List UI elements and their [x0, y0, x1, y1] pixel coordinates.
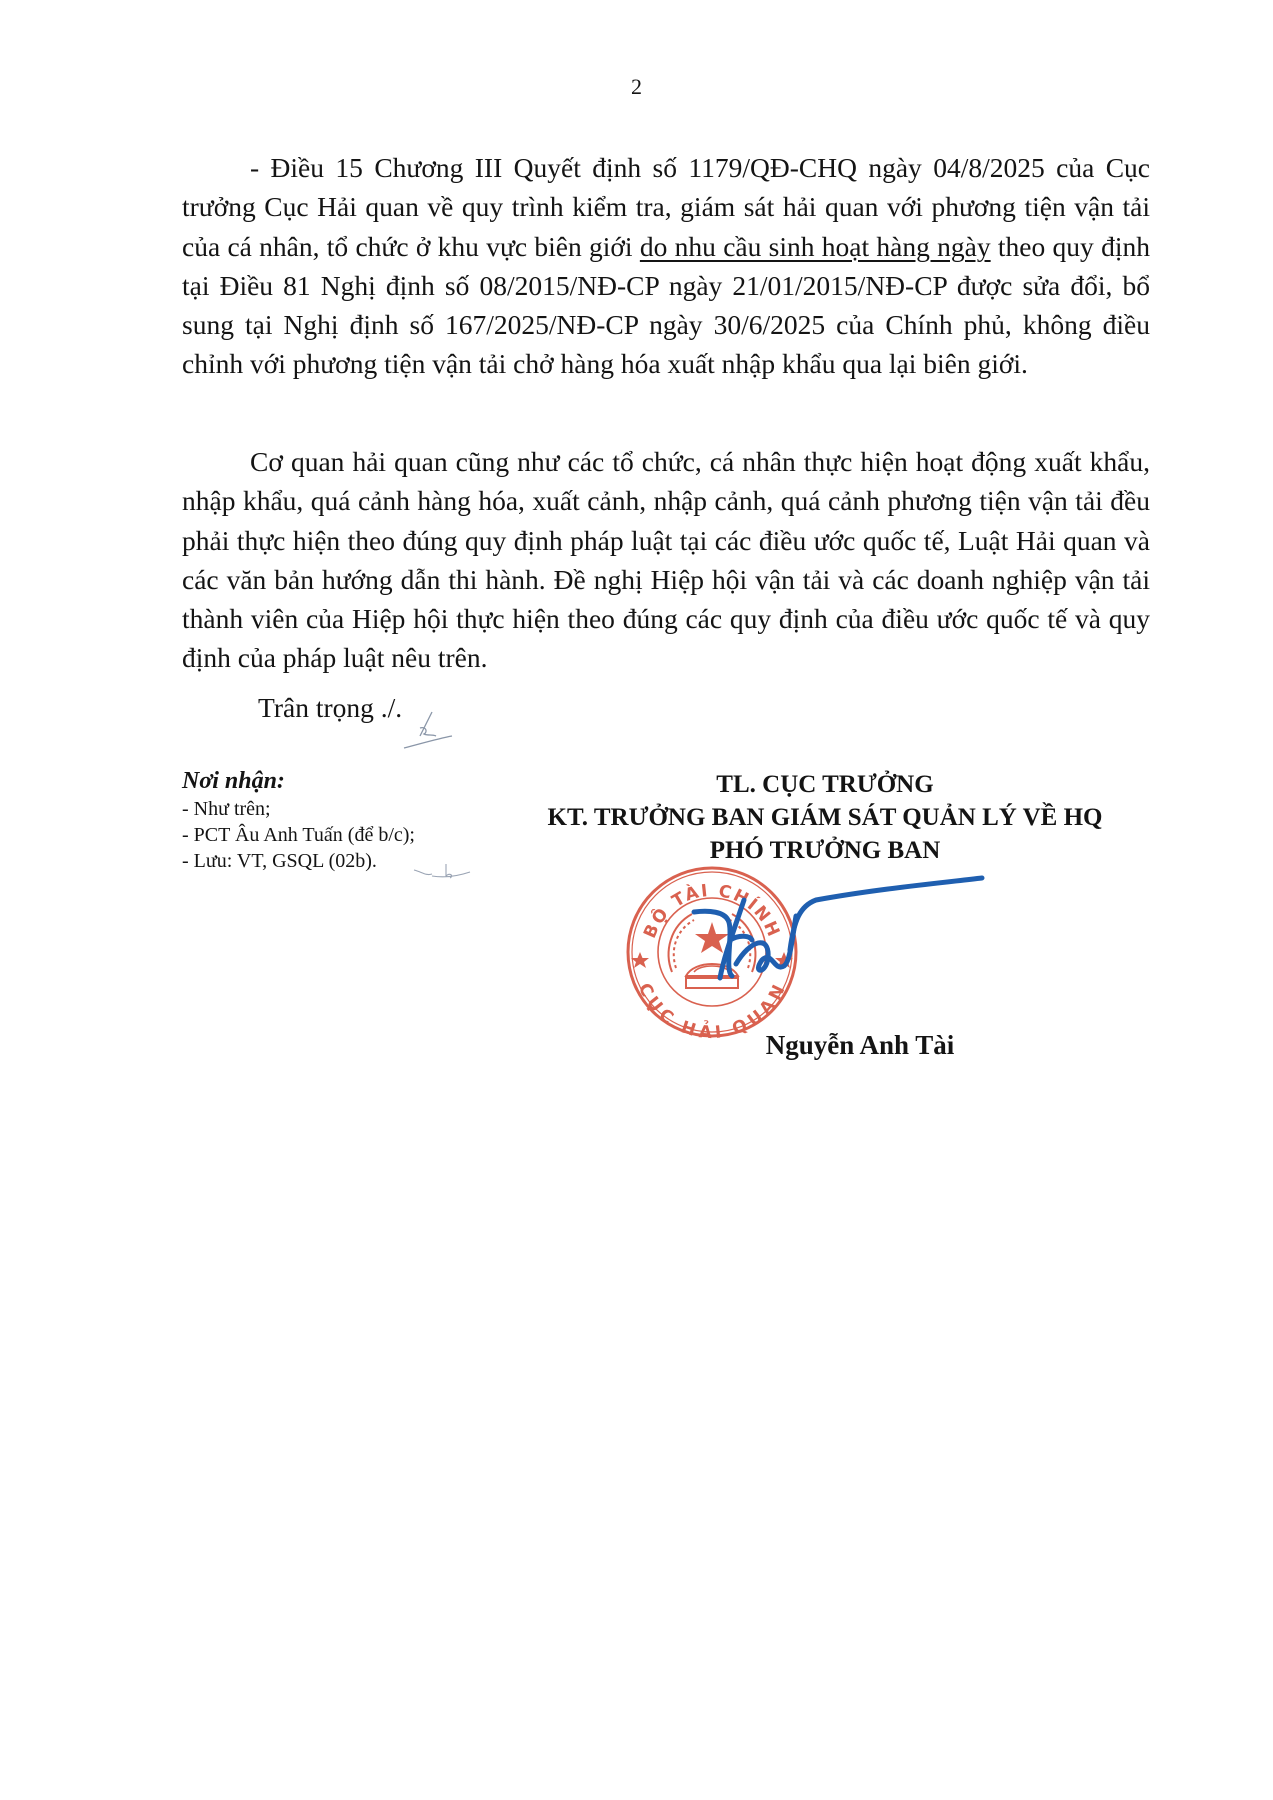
handwritten-signature-icon [690, 870, 990, 1010]
signer-name: Nguyễn Anh Tài [640, 1030, 1080, 1061]
paragraph-2-text: Cơ quan hải quan cũng như các tổ chức, c… [182, 442, 1150, 678]
closing-salutation: Trân trọng ./. [258, 692, 402, 724]
signer-position-line: PHÓ TRƯỞNG BAN [490, 834, 1160, 867]
recipient-item: - Lưu: VT, GSQL (02b). [182, 848, 415, 874]
paragraph-legal-reference: - Điều 15 Chương III Quyết định số 1179/… [182, 148, 1150, 384]
handwritten-initial-icon [398, 706, 458, 756]
handwritten-initial-icon [412, 860, 472, 884]
signature-title-block: TL. CỤC TRƯỞNG KT. TRƯỞNG BAN GIÁM SÁT Q… [490, 768, 1160, 867]
recipient-item: - PCT Âu Anh Tuấn (để b/c); [182, 822, 415, 848]
page-number: 2 [0, 74, 1273, 100]
underlined-phrase: do nhu cầu sinh hoạt hàng ngày [640, 231, 991, 262]
recipient-item: - Như trên; [182, 796, 415, 822]
signer-authority-line: TL. CỤC TRƯỞNG [490, 768, 1160, 801]
signer-department-line: KT. TRƯỞNG BAN GIÁM SÁT QUẢN LÝ VỀ HQ [490, 801, 1160, 834]
recipients-block: Nơi nhận: - Như trên; - PCT Âu Anh Tuấn … [182, 766, 415, 874]
paragraph-1-text: - Điều 15 Chương III Quyết định số 1179/… [182, 148, 1150, 384]
recipients-title: Nơi nhận: [182, 766, 415, 796]
paragraph-request: Cơ quan hải quan cũng như các tổ chức, c… [182, 442, 1150, 678]
